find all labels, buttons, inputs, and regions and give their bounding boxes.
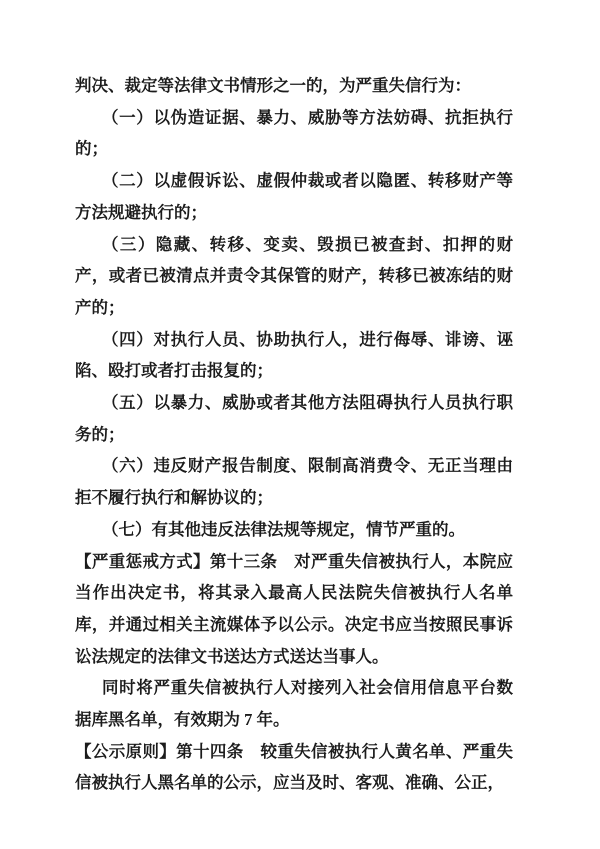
paragraph: （一）以伪造证据、暴力、威胁等方法妨碍、抗拒执行的； — [75, 102, 513, 165]
paragraph: （四）对执行人员、协助执行人，进行侮辱、诽谤、诬陷、殴打或者打击报复的； — [75, 324, 513, 387]
paragraph: （七）有其他违反法律法规等规定，情节严重的。 — [75, 514, 513, 546]
paragraph: 判决、裁定等法律文书情形之一的，为严重失信行为： — [75, 70, 513, 102]
paragraph: 【公示原则】第十四条 较重失信被执行人黄名单、严重失信被执行人黑名单的公示，应当… — [75, 736, 513, 799]
document-page: 判决、裁定等法律文书情形之一的，为严重失信行为：（一）以伪造证据、暴力、威胁等方… — [0, 0, 600, 849]
paragraph: 同时将严重失信被执行人对接列入社会信用信息平台数据库黑名单，有效期为 7 年。 — [75, 672, 513, 735]
paragraph: （二）以虚假诉讼、虚假仲裁或者以隐匿、转移财产等方法规避执行的； — [75, 165, 513, 228]
paragraph: （五）以暴力、威胁或者其他方法阻碍执行人员执行职务的； — [75, 387, 513, 450]
document-text-block: 判决、裁定等法律文书情形之一的，为严重失信行为：（一）以伪造证据、暴力、威胁等方… — [75, 70, 513, 799]
paragraph: （三）隐藏、转移、变卖、毁损已被查封、扣押的财产，或者已被清点并责令其保管的财产… — [75, 229, 513, 324]
paragraph: （六）违反财产报告制度、限制高消费令、无正当理由拒不履行执行和解协议的； — [75, 450, 513, 513]
paragraph: 【严重惩戒方式】第十三条 对严重失信被执行人，本院应当作出决定书，将其录入最高人… — [75, 546, 513, 673]
